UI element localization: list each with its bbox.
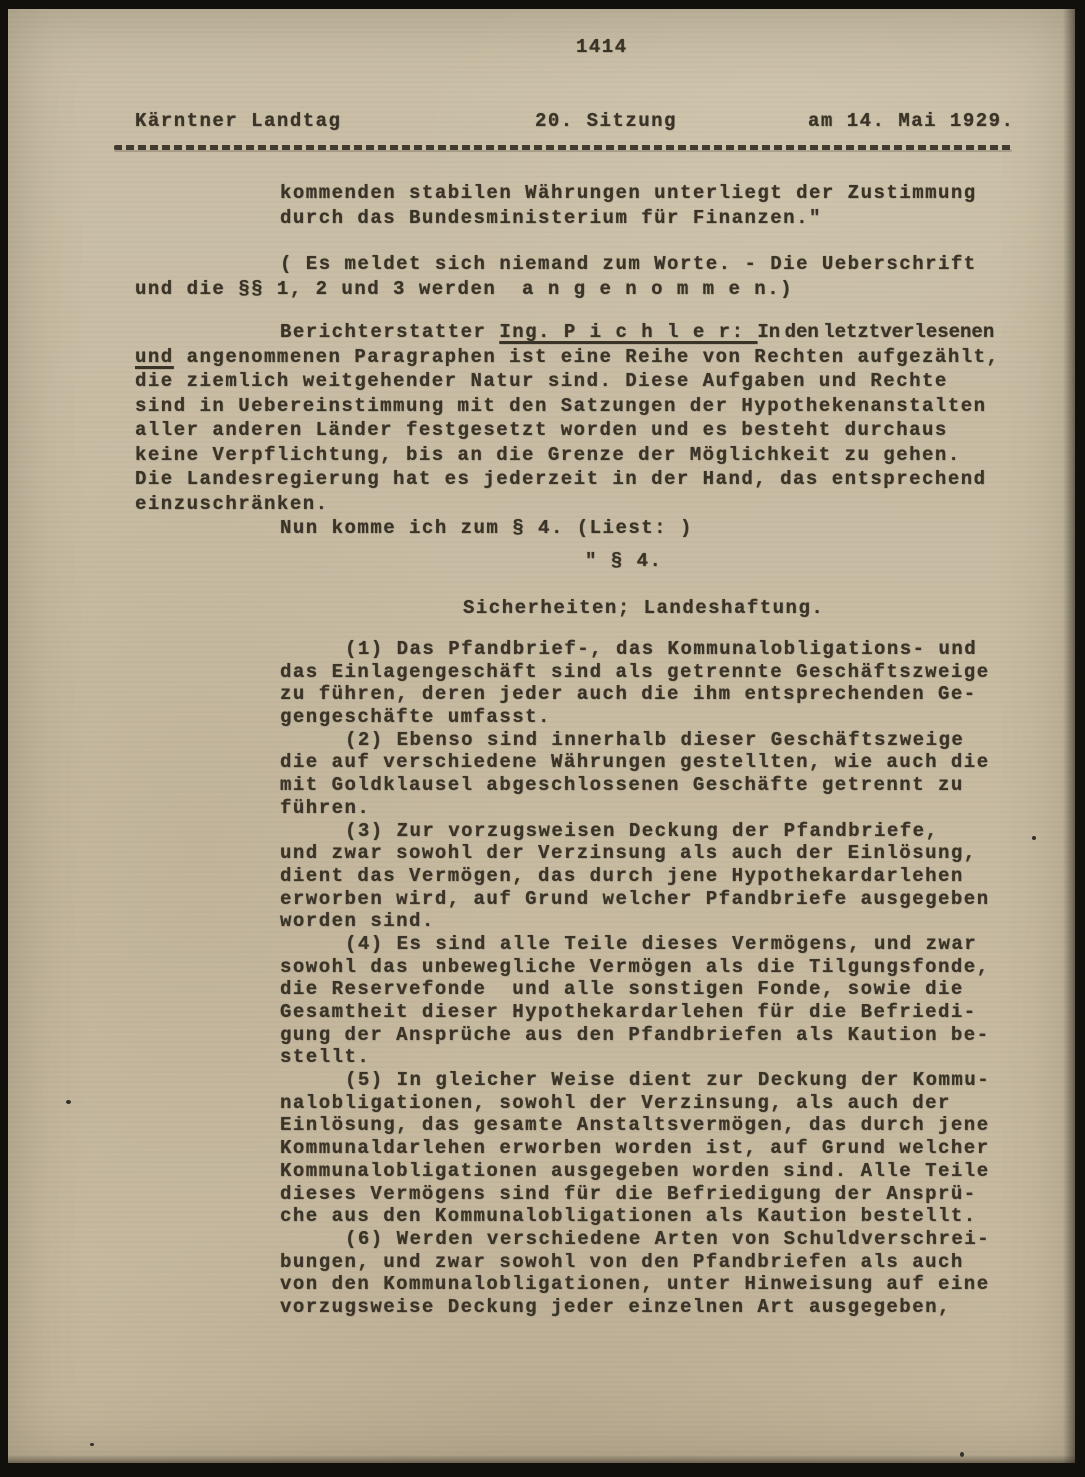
page-content: 1414 Kärntner Landtag 20. Sitzung am 14.…	[0, 0, 1085, 1477]
header-date: am 14. Mai 1929.	[808, 110, 1014, 132]
quote-continuation: kommenden stabilen Währungen unterliegt …	[0, 181, 1085, 230]
text-line: zu führen, deren jeder auch die ihm ents…	[0, 683, 1085, 706]
text-line: und die §§ 1, 2 und 3 werden a n g e n o…	[0, 277, 1085, 302]
text-fragment: angenommenen Paragraphen ist eine Reihe …	[174, 346, 1000, 368]
text-line: (2) Ebenso sind innerhalb dieser Geschäf…	[0, 729, 1085, 752]
text-line: gung der Ansprüche aus den Pfandbriefen …	[0, 1024, 1085, 1047]
text-line: che aus den Kommunalobligationen als Kau…	[0, 1205, 1085, 1228]
text-line: kommenden stabilen Währungen unterliegt …	[0, 181, 1085, 206]
text-line: gengeschäfte umfasst.	[0, 706, 1085, 729]
text-line: Kommunaldarlehen erworben worden ist, au…	[0, 1137, 1085, 1160]
header-session: 20. Sitzung	[535, 110, 677, 132]
scanned-page: 1414 Kärntner Landtag 20. Sitzung am 14.…	[0, 0, 1085, 1477]
text-line: (6) Werden verschiedene Arten von Schuld…	[0, 1228, 1085, 1251]
text-line: Gesamtheit dieser Hypothekardarlehen für…	[0, 1001, 1085, 1024]
text-line: Kommunalobligationen ausgegeben worden s…	[0, 1160, 1085, 1183]
text-line: von den Kommunalobligationen, unter Hinw…	[0, 1273, 1085, 1296]
text-line: worden sind.	[0, 910, 1085, 933]
page-number: 1414	[576, 36, 628, 58]
text-line: stellt.	[0, 1046, 1085, 1069]
text-line: mit Goldklausel abgeschlossenen Geschäft…	[0, 774, 1085, 797]
text-line: (4) Es sind alle Teile dieses Vermögens,…	[0, 933, 1085, 956]
text-line: erworben wird, auf Grund welcher Pfandbr…	[0, 888, 1085, 911]
text-line: (5) In gleicher Weise dient zur Deckung …	[0, 1069, 1085, 1092]
text-line: ( Es meldet sich niemand zum Worte. - Di…	[0, 252, 1085, 277]
text-line: (3) Zur vorzugsweisen Deckung der Pfandb…	[0, 820, 1085, 843]
section-title-block: Sicherheiten; Landeshaftung.	[0, 596, 1085, 621]
header-institution: Kärntner Landtag	[135, 110, 341, 132]
text-line: Nun komme ich zum § 4. (Liest: )	[0, 516, 1085, 541]
stage-note: ( Es meldet sich niemand zum Worte. - Di…	[0, 252, 1085, 301]
text-line: keine Verpflichtung, bis an die Grenze d…	[0, 443, 1085, 468]
text-line: die ziemlich weitgehender Natur sind. Di…	[0, 369, 1085, 394]
text-line: nalobligationen, sowohl der Verzinsung, …	[0, 1092, 1085, 1115]
text-line: vorzugsweise Deckung jeder einzelnen Art…	[0, 1296, 1085, 1319]
text-line: aller anderen Länder festgesetzt worden …	[0, 418, 1085, 443]
text-line: durch das Bundesministerium für Finanzen…	[0, 206, 1085, 231]
text-line: die auf verschiedene Währungen gestellte…	[0, 751, 1085, 774]
text-line: und angenommenen Paragraphen ist eine Re…	[0, 345, 1085, 370]
text-line: dieses Vermögens sind für die Befriedigu…	[0, 1183, 1085, 1206]
text-line: Die Landesregierung hat es jederzeit in …	[0, 467, 1085, 492]
section-title: Sicherheiten; Landeshaftung.	[0, 596, 1085, 621]
text-line: Berichterstatter Ing. P i c h l e r: In …	[0, 320, 1085, 345]
text-line: und zwar sowohl der Verzinsung als auch …	[0, 842, 1085, 865]
text-line: führen.	[0, 797, 1085, 820]
text-line: die Reservefonde und alle sonstigen Fond…	[0, 978, 1085, 1001]
reporter-name-underlined: Ing. P i c h l e r:	[499, 321, 757, 343]
underlined-word: und	[135, 346, 174, 368]
text-line: sind in Uebereinstimmung mit den Satzung…	[0, 394, 1085, 419]
text-line: bungen, und zwar sowohl von den Pfandbri…	[0, 1251, 1085, 1274]
text-line: sowohl das unbewegliche Vermögen als die…	[0, 956, 1085, 979]
dashed-rule	[114, 145, 1012, 150]
text-line: (1) Das Pfandbrief-, das Kommunalobligat…	[0, 638, 1085, 661]
section-number: " § 4.	[0, 549, 1085, 574]
text-fragment: In den letztverlesenen	[757, 321, 994, 343]
text-line: dient das Vermögen, das durch jene Hypot…	[0, 865, 1085, 888]
reporter-paragraph: Berichterstatter Ing. P i c h l e r: In …	[0, 320, 1085, 541]
section-heading: " § 4.	[0, 549, 1085, 574]
text-line: das Einlagengeschäft sind als getrennte …	[0, 661, 1085, 684]
text-line: einzuschränken.	[0, 492, 1085, 517]
reporter-label: Berichterstatter	[280, 321, 499, 343]
section-body: (1) Das Pfandbrief-, das Kommunalobligat…	[0, 638, 1085, 1319]
text-line: Einlösung, das gesamte Anstaltsvermögen,…	[0, 1114, 1085, 1137]
